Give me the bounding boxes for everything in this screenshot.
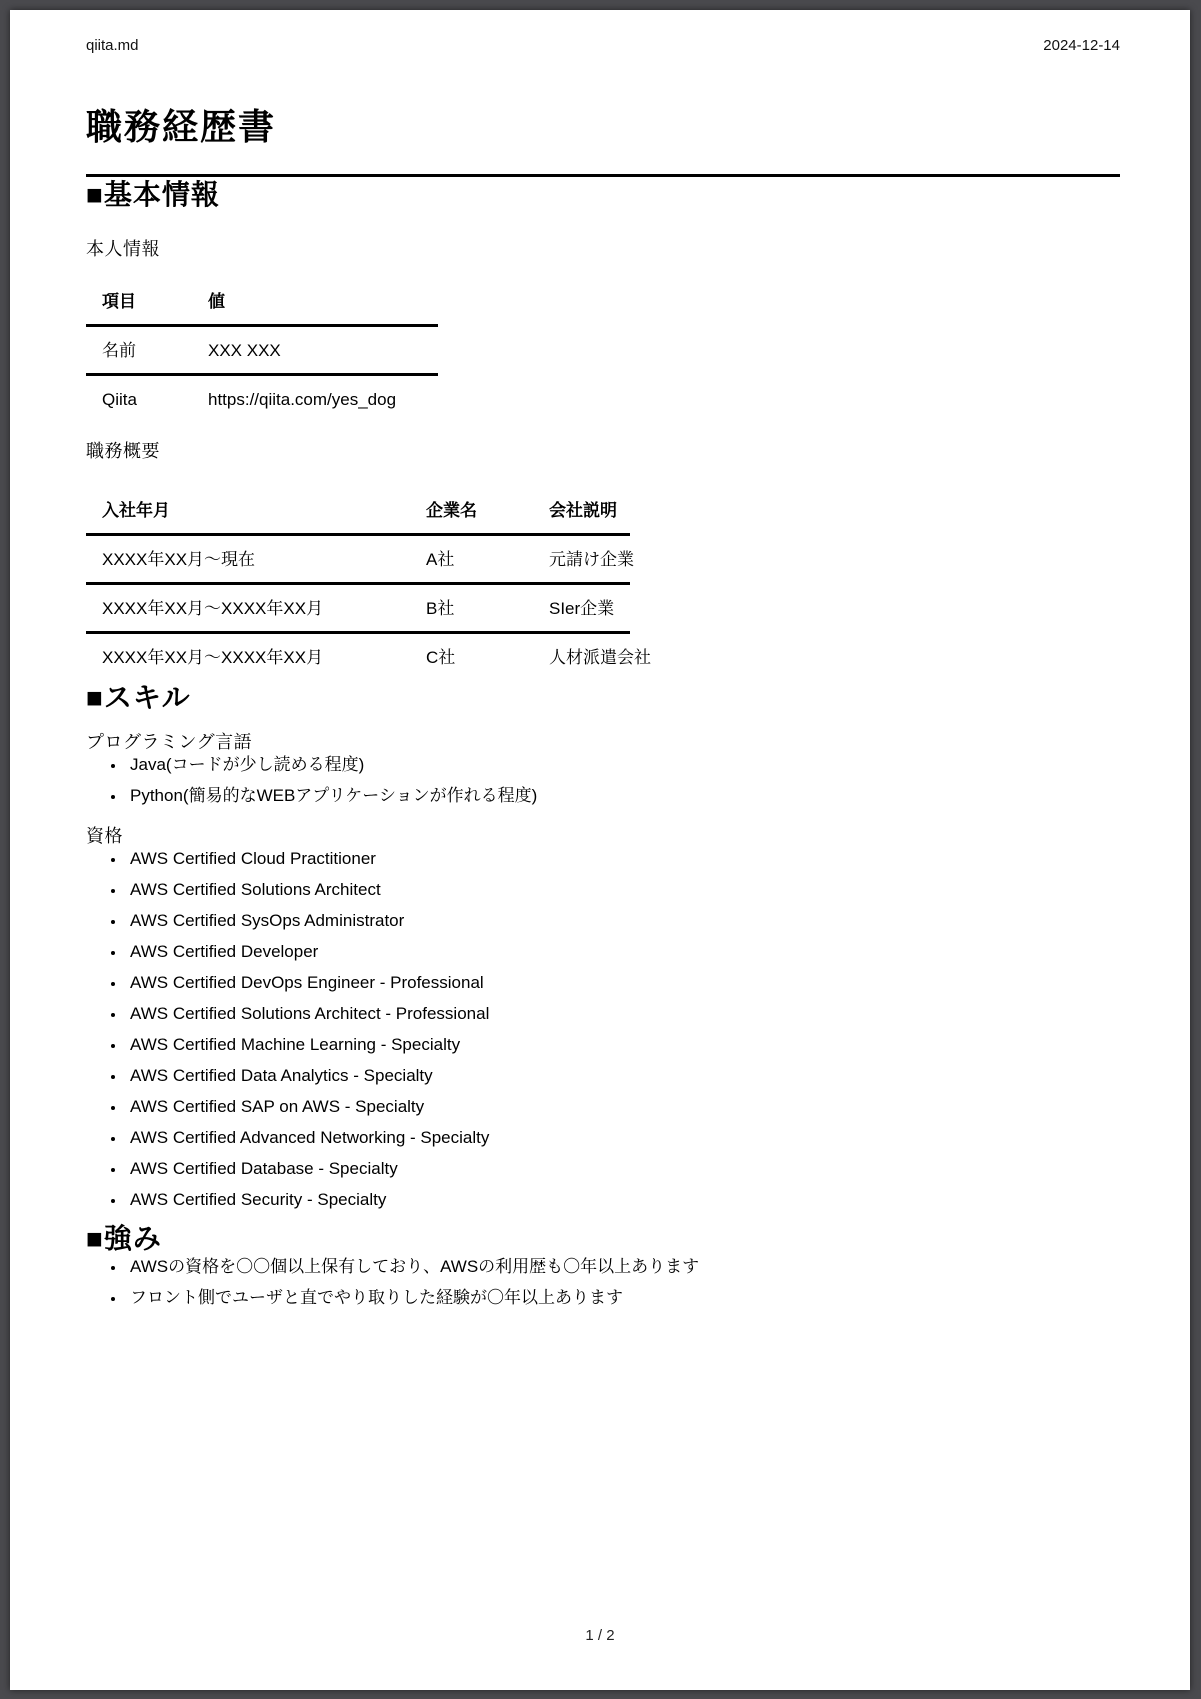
personal-info-table: 項目 値 名前 XXX XXX Qiita https://qiita.com/… [86, 292, 438, 422]
list-item: AWSの資格を〇〇個以上保有しており、AWSの利用歴も〇年以上あります [126, 1257, 1120, 1276]
programming-languages-list: Java(コードが少し読める程度) Python(簡易的なWEBアプリケーション… [86, 755, 1120, 805]
certifications-list: AWS Certified Cloud Practitioner AWS Cer… [86, 849, 1120, 1209]
table-cell: XXXX年XX月〜XXXX年XX月 [86, 584, 410, 633]
page-header: qiita.md 2024-12-14 [86, 10, 1120, 55]
table-header-row: 項目 値 [86, 292, 438, 326]
table-cell: https://qiita.com/yes_dog [192, 375, 438, 423]
table-cell: C社 [410, 633, 533, 681]
section-heading-skills: ■スキル [86, 680, 1120, 716]
list-item: AWS Certified SysOps Administrator [126, 911, 1120, 930]
strengths-list: AWSの資格を〇〇個以上保有しており、AWSの利用歴も〇年以上あります フロント… [86, 1257, 1120, 1307]
table-cell: XXXX年XX月〜現在 [86, 535, 410, 584]
table-header-cell: 企業名 [410, 501, 533, 535]
list-item: AWS Certified DevOps Engineer - Professi… [126, 973, 1120, 992]
table-header-cell: 会社説明 [533, 501, 630, 535]
table-cell: 名前 [86, 326, 192, 375]
list-item: AWS Certified Cloud Practitioner [126, 849, 1120, 868]
filename-label: qiita.md [86, 37, 139, 55]
table-header-row: 入社年月 企業名 会社説明 [86, 501, 630, 535]
table-cell: XXXX年XX月〜XXXX年XX月 [86, 633, 410, 681]
table-row: Qiita https://qiita.com/yes_dog [86, 375, 438, 423]
table-row: XXXX年XX月〜現在 A社 元請け企業 [86, 535, 630, 584]
document-page: qiita.md 2024-12-14 職務経歴書 ■基本情報 本人情報 項目 … [10, 10, 1190, 1690]
page-number: 1 / 2 [10, 1627, 1190, 1644]
list-item: Java(コードが少し読める程度) [126, 755, 1120, 774]
list-item: AWS Certified Developer [126, 942, 1120, 961]
table-header-cell: 入社年月 [86, 501, 410, 535]
list-item: AWS Certified SAP on AWS - Specialty [126, 1097, 1120, 1116]
list-item: AWS Certified Database - Specialty [126, 1159, 1120, 1178]
table-cell: 人材派遣会社 [533, 633, 630, 681]
table-row: XXXX年XX月〜XXXX年XX月 C社 人材派遣会社 [86, 633, 630, 681]
list-item: AWS Certified Machine Learning - Special… [126, 1035, 1120, 1054]
document-title: 職務経歴書 [86, 105, 1120, 149]
document-content: qiita.md 2024-12-14 職務経歴書 ■基本情報 本人情報 項目 … [86, 10, 1120, 1307]
table-cell: XXX XXX [192, 326, 438, 375]
table-row: 名前 XXX XXX [86, 326, 438, 375]
list-item: AWS Certified Security - Specialty [126, 1190, 1120, 1209]
table-row: XXXX年XX月〜XXXX年XX月 B社 SIer企業 [86, 584, 630, 633]
list-item: AWS Certified Solutions Architect - Prof… [126, 1004, 1120, 1023]
career-overview-table: 入社年月 企業名 会社説明 XXXX年XX月〜現在 A社 元請け企業 XXXX年… [86, 501, 630, 680]
list-item: AWS Certified Data Analytics - Specialty [126, 1066, 1120, 1085]
subsection-label-career-overview: 職務概要 [86, 439, 1120, 464]
table-cell: 元請け企業 [533, 535, 630, 584]
list-item: Python(簡易的なWEBアプリケーションが作れる程度) [126, 786, 1120, 805]
subsection-label-certifications: 資格 [86, 824, 1120, 849]
table-cell: Qiita [86, 375, 192, 423]
table-cell: A社 [410, 535, 533, 584]
subsection-label-personal-info: 本人情報 [86, 237, 1120, 262]
list-item: AWS Certified Advanced Networking - Spec… [126, 1128, 1120, 1147]
section-heading-basic-info: ■基本情報 [86, 177, 1120, 213]
list-item: AWS Certified Solutions Architect [126, 880, 1120, 899]
table-header-cell: 項目 [86, 292, 192, 326]
table-cell: SIer企業 [533, 584, 630, 633]
pdf-viewer-background: qiita.md 2024-12-14 職務経歴書 ■基本情報 本人情報 項目 … [0, 0, 1201, 1699]
subsection-label-programming-languages: プログラミング言語 [86, 730, 1120, 755]
section-heading-strengths: ■強み [86, 1221, 1120, 1257]
list-item: フロント側でユーザと直でやり取りした経験が〇年以上あります [126, 1288, 1120, 1307]
table-cell: B社 [410, 584, 533, 633]
table-header-cell: 値 [192, 292, 438, 326]
document-date: 2024-12-14 [1043, 37, 1120, 55]
